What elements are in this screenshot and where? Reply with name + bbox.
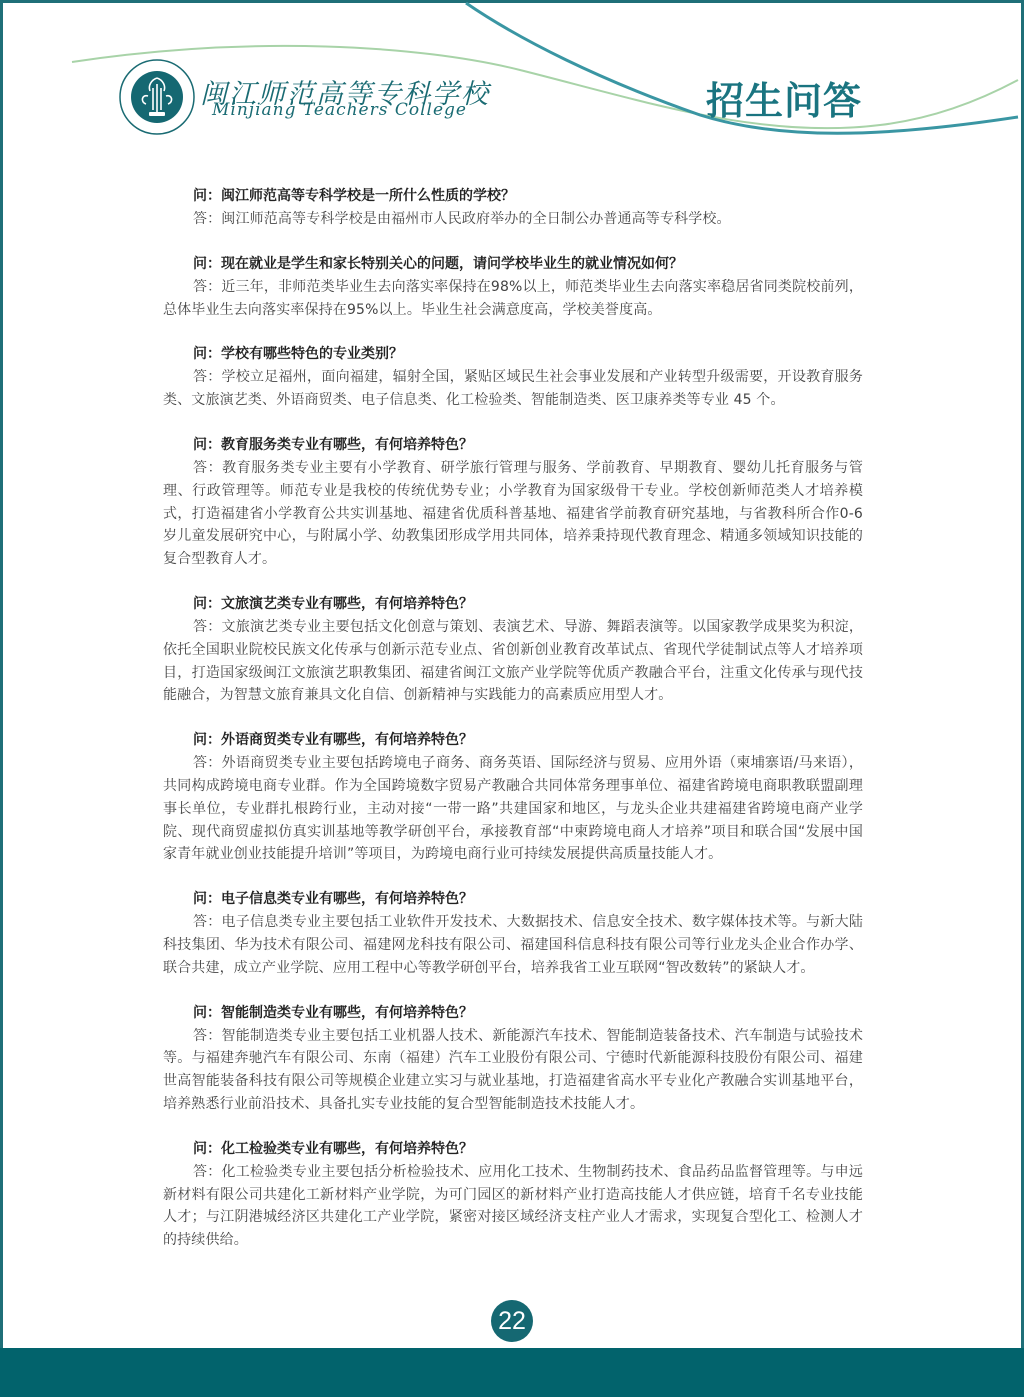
qa-item: 问：智能制造类专业有哪些，有何培养特色？ 答：智能制造类专业主要包括工业机器人技… bbox=[163, 1002, 863, 1116]
qa-item: 问：文旅演艺类专业有哪些，有何培养特色？ 答：文旅演艺类专业主要包括文化创意与策… bbox=[163, 593, 863, 707]
qa-item: 问：电子信息类专业有哪些，有何培养特色？ 答：电子信息类专业主要包括工业软件开发… bbox=[163, 888, 863, 979]
answer: 答：学校立足福州，面向福建，辐射全国，紧贴区域民生社会事业发展和产业转型升级需要… bbox=[163, 366, 863, 412]
logo-emblem-icon bbox=[118, 58, 196, 136]
answer: 答：闽江师范高等专科学校是由福州市人民政府举办的全日制公办普通高等专科学校。 bbox=[163, 208, 863, 231]
question: 问：现在就业是学生和家长特别关心的问题，请问学校毕业生的就业情况如何？ bbox=[163, 253, 863, 276]
question: 问：化工检验类专业有哪些，有何培养特色？ bbox=[163, 1138, 863, 1161]
qa-item: 问：学校有哪些特色的专业类别？ 答：学校立足福州，面向福建，辐射全国，紧贴区域民… bbox=[163, 343, 863, 412]
question: 问：智能制造类专业有哪些，有何培养特色？ bbox=[163, 1002, 863, 1025]
school-logo bbox=[118, 58, 196, 136]
answer: 答：近三年，非师范类毕业生去向落实率保持在98%以上，师范类毕业生去向落实率稳居… bbox=[163, 276, 863, 322]
answer: 答：教育服务类专业主要有小学教育、研学旅行管理与服务、学前教育、早期教育、婴幼儿… bbox=[163, 457, 863, 571]
question: 问：外语商贸类专业有哪些，有何培养特色？ bbox=[163, 729, 863, 752]
qa-item: 问：现在就业是学生和家长特别关心的问题，请问学校毕业生的就业情况如何？ 答：近三… bbox=[163, 253, 863, 322]
qa-item: 问：外语商贸类专业有哪些，有何培养特色？ 答：外语商贸类专业主要包括跨境电子商务… bbox=[163, 729, 863, 866]
question: 问：闽江师范高等专科学校是一所什么性质的学校？ bbox=[163, 185, 863, 208]
question: 问：教育服务类专业有哪些，有何培养特色？ bbox=[163, 434, 863, 457]
question: 问：学校有哪些特色的专业类别？ bbox=[163, 343, 863, 366]
qa-item: 问：闽江师范高等专科学校是一所什么性质的学校？ 答：闽江师范高等专科学校是由福州… bbox=[163, 185, 863, 231]
question: 问：文旅演艺类专业有哪些，有何培养特色？ bbox=[163, 593, 863, 616]
answer: 答：智能制造类专业主要包括工业机器人技术、新能源汽车技术、智能制造装备技术、汽车… bbox=[163, 1025, 863, 1116]
question: 问：电子信息类专业有哪些，有何培养特色？ bbox=[163, 888, 863, 911]
answer: 答：化工检验类专业主要包括分析检验技术、应用化工技术、生物制药技术、食品药品监督… bbox=[163, 1161, 863, 1252]
answer: 答：外语商贸类专业主要包括跨境电子商务、商务英语、国际经济与贸易、应用外语（柬埔… bbox=[163, 752, 863, 866]
qa-list: 问：闽江师范高等专科学校是一所什么性质的学校？ 答：闽江师范高等专科学校是由福州… bbox=[163, 185, 863, 1274]
page-title: 招生问答 bbox=[706, 70, 862, 125]
page-number-badge: 22 bbox=[491, 1300, 533, 1342]
footer-bar bbox=[0, 1348, 1024, 1397]
qa-item: 问：教育服务类专业有哪些，有何培养特色？ 答：教育服务类专业主要有小学教育、研学… bbox=[163, 434, 863, 571]
answer: 答：文旅演艺类专业主要包括文化创意与策划、表演艺术、导游、舞蹈表演等。以国家教学… bbox=[163, 616, 863, 707]
qa-item: 问：化工检验类专业有哪些，有何培养特色？ 答：化工检验类专业主要包括分析检验技术… bbox=[163, 1138, 863, 1252]
answer: 答：电子信息类专业主要包括工业软件开发技术、大数据技术、信息安全技术、数字媒体技… bbox=[163, 911, 863, 979]
school-name-en: Minjiang Teachers College bbox=[212, 100, 467, 120]
